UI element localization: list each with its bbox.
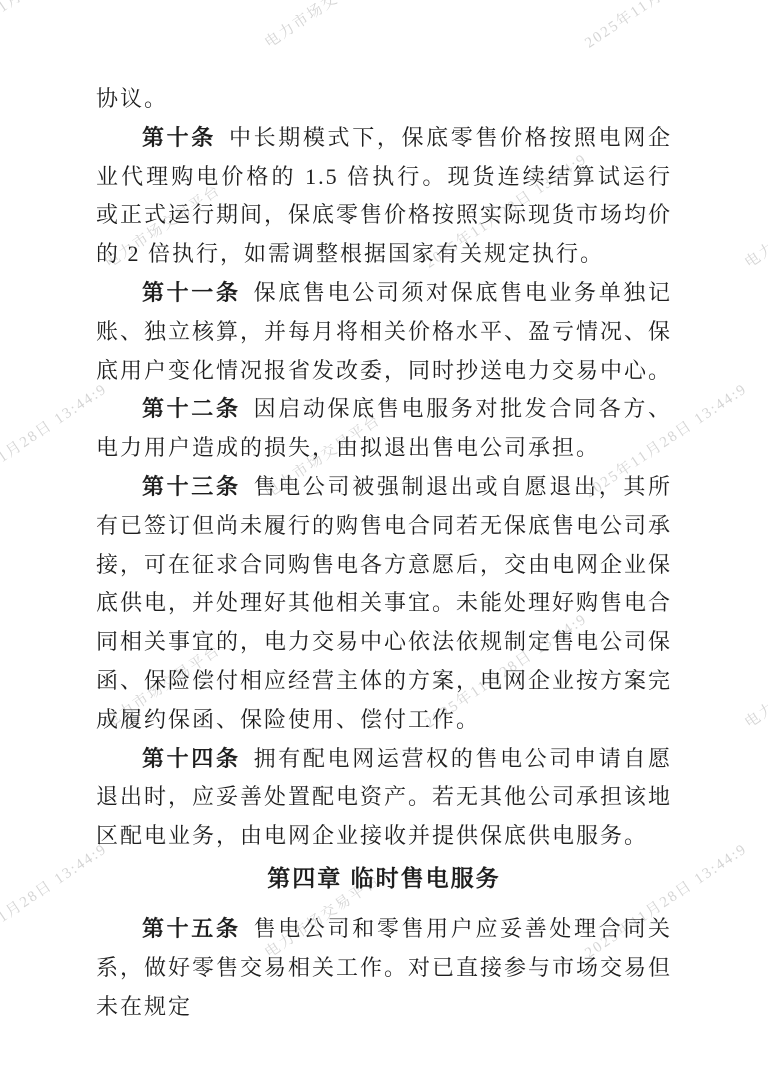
article-label: 第十一条 <box>142 280 241 305</box>
article-label: 第十三条 <box>142 474 241 499</box>
paragraph-article-11: 第十一条保底售电公司须对保底售电业务单独记账、独立核算，并每月将相关价格水平、盈… <box>96 274 672 390</box>
document-page: 2025年11月28日 13:44:9电力市场交易平台2025年11月28日 1… <box>0 0 768 1086</box>
paragraph-article-10: 第十条中长期模式下，保底零售价格按照电网企业代理购电价格的 1.5 倍执行。现货… <box>96 119 672 274</box>
article-label: 第十五条 <box>142 916 241 941</box>
article-label: 第十二条 <box>142 396 241 421</box>
article-label: 第十条 <box>142 125 216 150</box>
paragraph-continuation: 协议。 <box>96 80 672 119</box>
chapter-heading: 第四章 临时售电服务 <box>96 858 672 898</box>
paragraph-article-13: 第十三条售电公司被强制退出或自愿退出，其所有已签订但尚未履行的购售电合同若无保底… <box>96 468 672 740</box>
paragraph-text: 协议。 <box>96 86 168 111</box>
document-content: 协议。 第十条中长期模式下，保底零售价格按照电网企业代理购电价格的 1.5 倍执… <box>0 0 768 1026</box>
paragraph-text: 售电公司被强制退出或自愿退出，其所有已签订但尚未履行的购售电合同若无保底售电公司… <box>96 474 672 732</box>
paragraph-article-14: 第十四条拥有配电网运营权的售电公司申请自愿退出时，应妥善处置配电资产。若无其他公… <box>96 740 672 856</box>
paragraph-article-15: 第十五条售电公司和零售用户应妥善处理合同关系，做好零售交易相关工作。对已直接参与… <box>96 910 672 1026</box>
article-label: 第十四条 <box>142 746 241 771</box>
paragraph-article-12: 第十二条因启动保底售电服务对批发合同各方、电力用户造成的损失，由拟退出售电公司承… <box>96 390 672 468</box>
